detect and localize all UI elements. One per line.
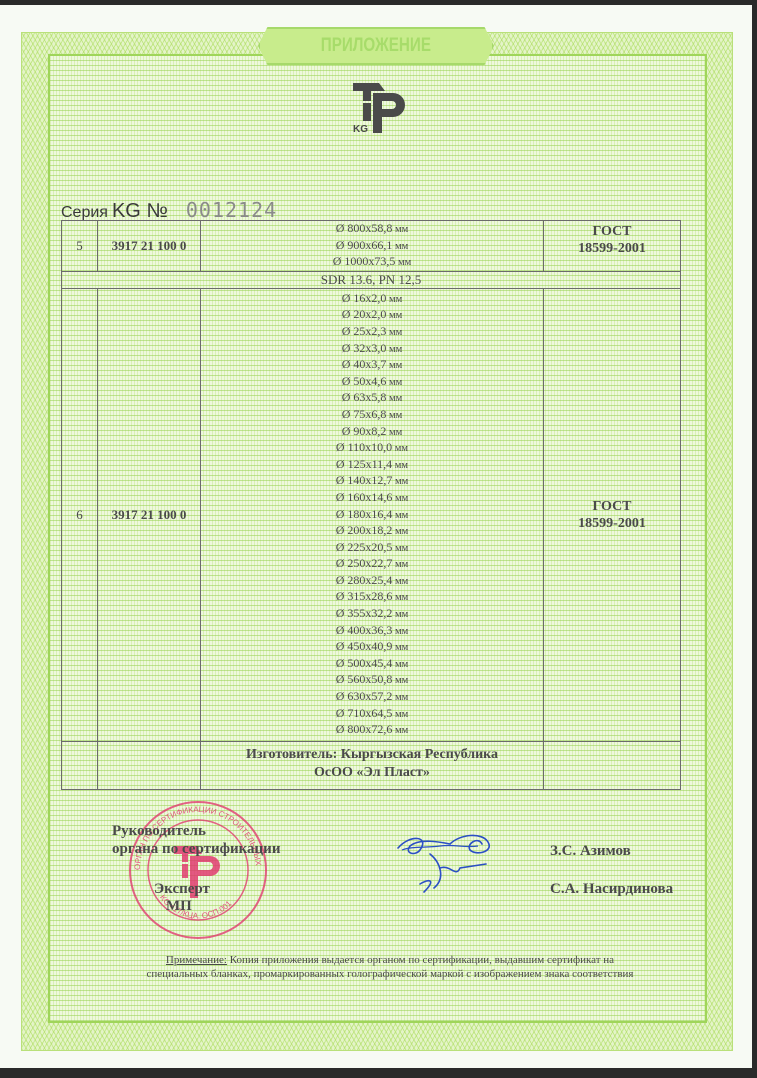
expert-name: С.А. Насирдинова	[550, 880, 673, 898]
sdr-pn-label: SDR 13.6, PN 12,5	[62, 271, 681, 288]
footnote: Примечание: Копия приложения выдается ор…	[90, 953, 690, 981]
size-item: Ø 32x3,0 мм	[201, 341, 543, 358]
size-item: Ø 40x3,7 мм	[201, 357, 543, 374]
size-item: Ø 280x25,4 мм	[201, 573, 543, 590]
size-item: Ø 900x66,1 мм	[201, 238, 543, 255]
size-item: Ø 140x12,7 мм	[201, 473, 543, 490]
size-item: Ø 160x14,6 мм	[201, 490, 543, 507]
size-item: Ø 225x20,5 мм	[201, 540, 543, 557]
size-item: Ø 400x36,3 мм	[201, 623, 543, 640]
head-label: Руководитель органа по сертификации	[112, 822, 280, 858]
size-item: Ø 630x57,2 мм	[201, 689, 543, 706]
size-item: Ø 500x45,4 мм	[201, 656, 543, 673]
sizes-cell: Ø 16x2,0 ммØ 20x2,0 ммØ 25x2,3 ммØ 32x3,…	[201, 288, 544, 741]
size-item: Ø 710x64,5 мм	[201, 706, 543, 723]
svg-text:KG: KG	[353, 124, 368, 135]
size-item: Ø 75x6,8 мм	[201, 407, 543, 424]
size-item: Ø 800x58,8 мм	[201, 221, 543, 238]
handwritten-signature-icon	[390, 828, 500, 898]
size-item: Ø 63x5,8 мм	[201, 390, 543, 407]
size-item: Ø 250x22,7 мм	[201, 556, 543, 573]
note-label: Примечание:	[166, 954, 227, 966]
title-banner: ПРИЛОЖЕНИЕ	[258, 27, 494, 65]
size-item: Ø 90x8,2 мм	[201, 424, 543, 441]
series-number: 0012124	[186, 198, 277, 222]
manufacturer-row: Изготовитель: Кыргызская Республика ОсОО…	[62, 741, 681, 789]
size-item: Ø 110x10,0 мм	[201, 440, 543, 457]
manufacturer-cell: Изготовитель: Кыргызская Республика ОсОО…	[201, 741, 544, 789]
size-item: Ø 125x11,4 мм	[201, 457, 543, 474]
hs-code: 3917 21 100 0	[98, 221, 201, 272]
product-table: 5 3917 21 100 0 Ø 800x58,8 ммØ 900x66,1 …	[61, 220, 681, 790]
size-item: Ø 20x2,0 мм	[201, 307, 543, 324]
size-item: Ø 355x32,2 мм	[201, 606, 543, 623]
group-header-row: SDR 13.6, PN 12,5	[62, 271, 681, 288]
row-index: 5	[62, 221, 98, 272]
certification-logo-icon: KG	[349, 79, 411, 135]
size-item: Ø 1000x73,5 мм	[201, 254, 543, 271]
size-item: Ø 560x50,8 мм	[201, 672, 543, 689]
manufacturer-company: ОсОО «Эл Пласт»	[201, 764, 543, 782]
size-item: Ø 25x2,3 мм	[201, 324, 543, 341]
standard-cell: ГОСТ 18599-2001	[544, 288, 681, 741]
hs-code: 3917 21 100 0	[98, 288, 201, 741]
table-row: 5 3917 21 100 0 Ø 800x58,8 ммØ 900x66,1 …	[62, 221, 681, 272]
size-item: Ø 315x28,6 мм	[201, 589, 543, 606]
size-item: Ø 800x72,6 мм	[201, 722, 543, 739]
sizes-cell: Ø 800x58,8 ммØ 900x66,1 ммØ 1000x73,5 мм	[201, 221, 544, 272]
official-stamp-icon: ОРГАН ПО СЕРТИФИКАЦИИ СТРОИТЕЛЬНЫХ МАТЕР…	[126, 798, 271, 943]
standard-cell: ГОСТ 18599-2001	[544, 221, 681, 272]
manufacturer-country: Изготовитель: Кыргызская Республика	[201, 746, 543, 764]
size-item: Ø 450x40,9 мм	[201, 639, 543, 656]
size-item: Ø 16x2,0 мм	[201, 291, 543, 308]
size-item: Ø 200x18,2 мм	[201, 523, 543, 540]
head-name: З.С. Азимов	[550, 842, 631, 860]
row-index: 6	[62, 288, 98, 741]
seal-label: МП	[166, 897, 192, 915]
size-item: Ø 50x4,6 мм	[201, 374, 543, 391]
size-item: Ø 180x16,4 мм	[201, 507, 543, 524]
expert-label: Эксперт	[154, 880, 210, 898]
table-row: 6 3917 21 100 0 Ø 16x2,0 ммØ 20x2,0 ммØ …	[62, 288, 681, 741]
banner-title: ПРИЛОЖЕНИЕ	[321, 35, 431, 57]
